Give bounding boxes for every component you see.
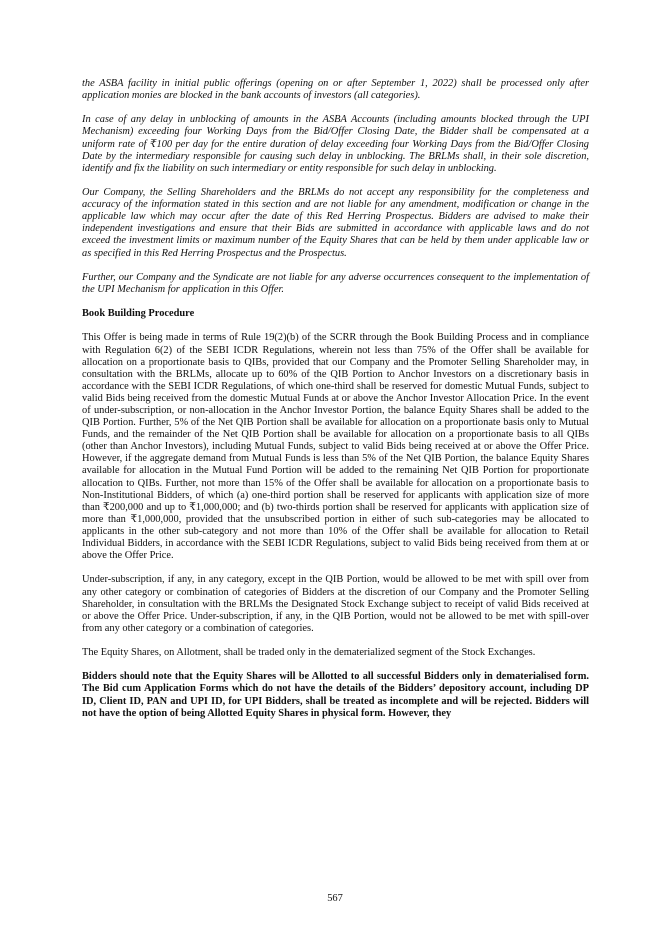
upi-mechanism-liability-paragraph: Further, our Company and the Syndicate a… [82, 272, 589, 296]
disclaimer-paragraph: Our Company, the Selling Shareholders an… [82, 187, 589, 260]
dematerialised-allotment-notice: Bidders should note that the Equity Shar… [82, 671, 589, 719]
section-heading-book-building: Book Building Procedure [82, 308, 589, 320]
document-page-body: the ASBA facility in initial public offe… [82, 78, 589, 732]
unblocking-delay-compensation-paragraph: In case of any delay in unblocking of am… [82, 114, 589, 174]
under-subscription-paragraph: Under-subscription, if any, in any categ… [82, 574, 589, 634]
dematerialized-trading-paragraph: The Equity Shares, on Allotment, shall b… [82, 647, 589, 659]
page-number: 567 [0, 893, 670, 904]
offer-allocation-paragraph: This Offer is being made in terms of Rul… [82, 332, 589, 562]
asba-processing-paragraph: the ASBA facility in initial public offe… [82, 78, 589, 102]
